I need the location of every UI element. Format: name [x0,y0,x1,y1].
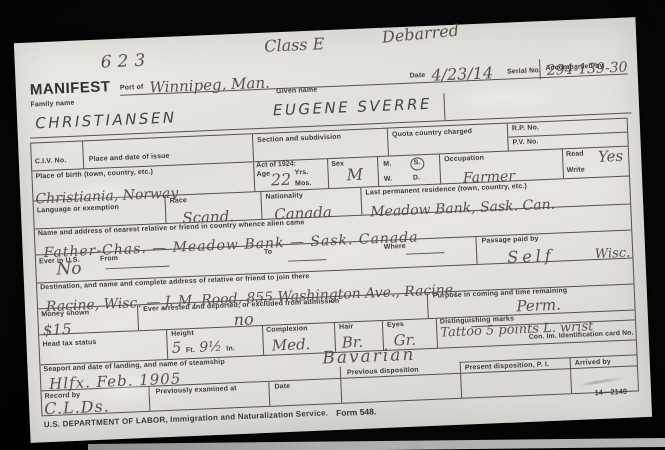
passage-value: Self [507,246,555,267]
place-issue-label: Place and date of issue [89,152,170,164]
from-dash: — [102,258,173,277]
nationality-value: Canada [274,203,332,223]
occupation-label: Occupation [444,155,484,165]
manifest-form-table: C.I.V. No. Place and date of issue Secti… [30,118,639,417]
marital-s-label-circled: S. [410,157,425,171]
date-label: Date [409,72,425,83]
quota-label: Quota country charged [392,128,472,140]
print-code: 14—2140 [594,388,627,397]
occupation-value: Farmer [463,168,516,186]
passage-label: Passage paid by [481,235,538,246]
arrived-by-label: Arrived by [575,358,611,368]
civ-no-label: C.I.V. No. [35,157,67,167]
hair-label: Hair [339,323,354,332]
family-name-value: CHRISTIANSEN [35,108,177,132]
eyes-label: Eyes [387,321,404,330]
scan-background: Debarred 623 Class E MANIFEST Port of Wi… [0,0,665,450]
prev-disposition-label: Previous disposition [347,367,419,378]
birth-label: Place of birth (town, country, etc.) [35,168,153,181]
complexion-value: Med. [271,335,310,355]
manifest-card: Debarred 623 Class E MANIFEST Port of Wi… [14,17,652,443]
race-value: Scand. [182,207,234,227]
nationality-label: Nationality [265,192,303,202]
exam-date-label: Date [274,383,290,392]
write-label: Write [567,166,585,175]
purpose-value: Perm. [516,296,561,316]
destination-wrap-value: Wisc. [595,246,631,262]
underlying-card-edge [88,438,665,450]
to-dash: — [286,251,329,269]
arrested-value: no [233,309,254,329]
where-dash: — [404,244,447,262]
given-accompanied-divider [443,93,445,120]
card-number: 623 [100,50,151,72]
marital-w-label: W. [384,175,393,184]
age-yrs-label: Yrs. [294,169,308,178]
rp-no-label: R.P. No. [512,124,539,134]
complexion-label: Complexion [266,325,308,335]
sex-label: Sex [331,160,344,169]
ever-us-value: No [56,259,82,280]
steamship-value: Bavarian [322,345,416,369]
section-label: Section and subdivision [257,134,341,146]
read-label: Read [566,150,584,159]
height-in-value: 9½ [199,339,222,356]
record-by-value: C.L.Ds. [44,397,110,419]
date-value: 4/23/14 [431,63,493,85]
age-mos-label: Mos. [295,179,312,188]
marital-m-label: M. [383,161,391,170]
head-tax-label: Head tax status [42,339,96,350]
given-name-label: Given name [276,87,318,97]
age-label: Age [256,171,270,180]
pencil-mark [580,376,626,386]
serial-label: Serial No. [507,67,541,79]
height-in-label: In. [226,345,235,352]
class-annotation: Class E [264,34,325,55]
debarred-stamp: Debarred [381,21,460,47]
port-label: Port of [120,83,144,94]
marital-d-label: D. [413,174,421,183]
read-write-value: Yes [598,147,624,166]
pv-no-label: P.V. No. [512,138,538,147]
age-value: 22 [270,170,291,190]
height-ft-value: 5 [171,338,181,356]
manifest-title: MANIFEST [30,79,111,97]
money-value: $15 [43,320,72,339]
sex-value: M [346,165,363,185]
height-ft-label: Ft. [186,347,195,354]
form-number: Form 548. [336,406,377,418]
given-name-value: EUGENE SVERRE [273,95,433,120]
family-name-label: Family name [30,100,74,110]
